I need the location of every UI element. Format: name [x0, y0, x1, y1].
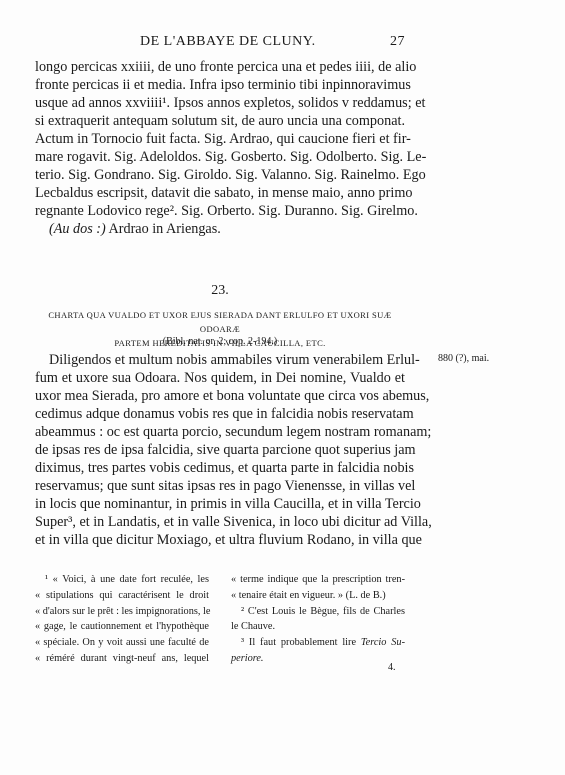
footnote-line: periore. — [231, 651, 405, 667]
footnote-line: le Chauve. — [231, 619, 405, 635]
endorsement-line: (Au dos :) Ardrao in Ariengas. — [35, 220, 405, 238]
text-line: Lecbaldus escripsit, datavit die sabato,… — [35, 184, 405, 202]
footnote-line: « spéciale. On y voit aussi une faculté … — [35, 635, 209, 651]
footnote-line: « stipulations qui caractérisent le droi… — [35, 588, 209, 604]
page-number: 27 — [390, 34, 405, 50]
continuation-text: longo percicas xxiiii, de uno fronte per… — [35, 58, 405, 238]
text-line: cedimus adque donamus vobis res que in f… — [35, 405, 405, 423]
footnote-line: ¹ « Voici, à une date fort reculée, les — [35, 572, 209, 588]
text-line: Actum in Tornocio fuit facta. Sig. Ardra… — [35, 130, 405, 148]
footnote-line: « terme indique que la prescription tren… — [231, 572, 405, 588]
text-line: fronte percicas ii et media. Infra ipso … — [35, 76, 405, 94]
text-line: si extraquerit antequam solutum sit, de … — [35, 112, 405, 130]
charter-text: Diligendos et multum nobis ammabiles vir… — [35, 351, 405, 549]
endorsement-text: Ardrao in Ariengas. — [106, 221, 221, 237]
text-line: longo percicas xxiiii, de uno fronte per… — [35, 58, 405, 76]
footnote-line: « réméré durant vingt-neuf ans, lequel — [35, 651, 209, 667]
text-line: reservamus; que sunt sitas ipsas res in … — [35, 477, 405, 495]
charter-number: 23. — [35, 283, 405, 299]
footnote-line: « d'alors sur le prêt : les impignoratio… — [35, 604, 209, 620]
text-line: diximus, tres partes vobis cedimus, et q… — [35, 459, 405, 477]
text-line: mare rogavit. Sig. Adeloldos. Sig. Gosbe… — [35, 148, 405, 166]
text-line: Diligendos et multum nobis ammabiles vir… — [35, 351, 405, 369]
footnote-line: « tenaire était en vigueur. » (L. de B.) — [231, 588, 405, 604]
footnote-line: ³ Il faut probablement lire Tercio Su- — [231, 635, 405, 651]
footnote-line: ² C'est Louis le Bègue, fils de Charles — [231, 604, 405, 620]
signature-mark: 4. — [388, 662, 396, 673]
charter-source: (Bibl. nat. or. 2; cop. 2-194.) — [35, 336, 405, 347]
running-header: DE L'ABBAYE DE CLUNY. 27 — [35, 34, 405, 54]
text-line: in locis que nominantur, in primis in vi… — [35, 495, 405, 513]
text-line: regnante Lodovico rege². Sig. Orberto. S… — [35, 202, 405, 220]
footnotes-right-column: « terme indique que la prescription tren… — [231, 572, 405, 667]
text-line: usque ad annos xxviiii¹. Ipsos annos exp… — [35, 94, 405, 112]
running-title: DE L'ABBAYE DE CLUNY. — [140, 34, 316, 50]
footnote-italic: Tercio Su- — [361, 637, 405, 648]
margin-date: 880 (?), mai. — [438, 353, 489, 364]
endorsement-label: (Au dos :) — [49, 221, 106, 237]
text-line: uxor mea Sierada, pro amore et bona volu… — [35, 387, 405, 405]
text-line: terio. Sig. Gondrano. Sig. Giroldo. Sig.… — [35, 166, 405, 184]
text-line: abeammus : oc est quarta porcio, secundu… — [35, 423, 405, 441]
charter-title-line-1: CHARTA QUA VUALDO ET UXOR EJUS SIERADA D… — [35, 308, 405, 336]
footnote-text: ³ Il faut probablement lire — [241, 637, 361, 648]
text-line: de ipsas res de ipsa falcidia, sive quar… — [35, 441, 405, 459]
text-line: fum et uxore sua Odoara. Nos quidem, in … — [35, 369, 405, 387]
text-line: et in villa que dicitur Moxiago, et ultr… — [35, 531, 405, 549]
book-page: DE L'ABBAYE DE CLUNY. 27 longo percicas … — [0, 0, 565, 775]
text-line: Super³, et in Landatis, et in valle Sive… — [35, 513, 405, 531]
footnote-line: « gage, le cautionnement et l'hypothèque — [35, 619, 209, 635]
footnotes-left-column: ¹ « Voici, à une date fort reculée, les … — [35, 572, 209, 667]
